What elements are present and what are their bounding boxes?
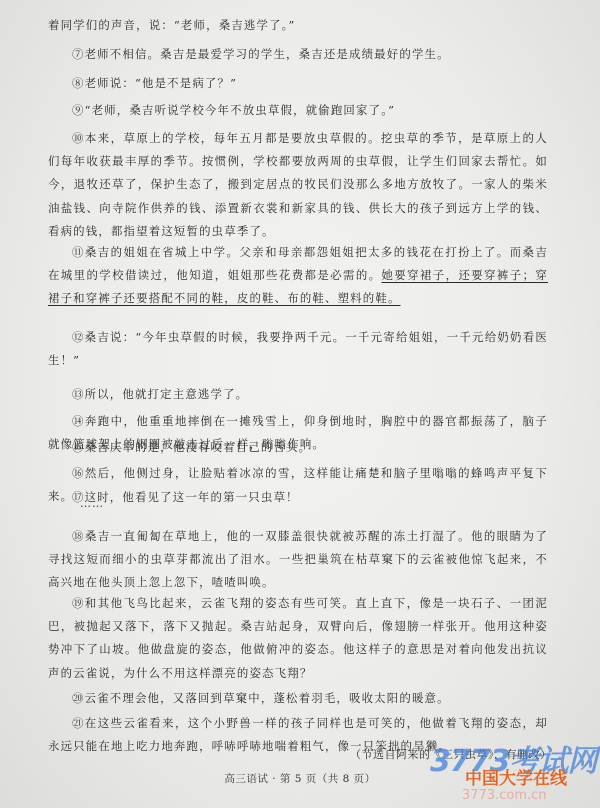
watermark-url: 3773.com.cn — [462, 788, 547, 803]
paragraph-12: ⑫桑吉说：“今年虫草假的时候，我要挣两千元。一千元寄给姐姐，一千元给奶奶看医生！… — [48, 326, 548, 372]
paragraph-19: ⑲和其他飞鸟比起来，云雀飞翔的姿态有些可笑。直上直下，像是一块石子、一团泥巴，被… — [48, 592, 548, 685]
paragraph-18: ⑱桑吉一直匍匐在草地上，他的一双膝盖很快就被苏醒的冻土打湿了。他的眼睛为了寻找这… — [48, 525, 548, 595]
paragraph-20: ⑳云雀不理会他，又落回到草窠中，蓬松着羽毛，吸收太阳的暖意。 — [48, 687, 548, 710]
paragraph-11: ⑪桑吉的姐姐在省城上中学。父亲和母亲都怨姐姐把太多的钱花在打扮上了。而桑吉在城里… — [48, 241, 548, 311]
paragraph-15: ⑮桑吉庆幸的是，他没有咬着自己的舌头。 — [48, 436, 548, 459]
paragraph-6-tail: 着同学们的声音，说：“老师，桑吉逃学了。” — [48, 14, 548, 37]
exam-page: 着同学们的声音，说：“老师，桑吉逃学了。” ⑦老师不相信。桑吉是最爱学习的学生，… — [0, 0, 600, 808]
paragraph-7: ⑦老师不相信。桑吉是最爱学习的学生，桑吉还是成绩最好的学生。 — [48, 43, 548, 66]
paragraph-13: ⑬所以，他就打定主意逃学了。 — [48, 383, 548, 406]
ellipsis: …… — [80, 497, 104, 510]
watermark-subtitle: 中国大学在线 — [465, 764, 567, 789]
paragraph-9: ⑨“老师，桑吉听说学校今年不放虫草假，就偷跑回家了。” — [48, 99, 548, 122]
paragraph-8: ⑧老师说：“他是不是病了？” — [48, 72, 548, 95]
paragraph-10: ⑩本来，草原上的学校，每年五月都是要放虫草假的。挖虫草的季节，是草原上的人们每年… — [48, 127, 548, 243]
paragraph-17: ⑰这时，他看见了这一年的第一只虫草！ — [48, 486, 548, 509]
